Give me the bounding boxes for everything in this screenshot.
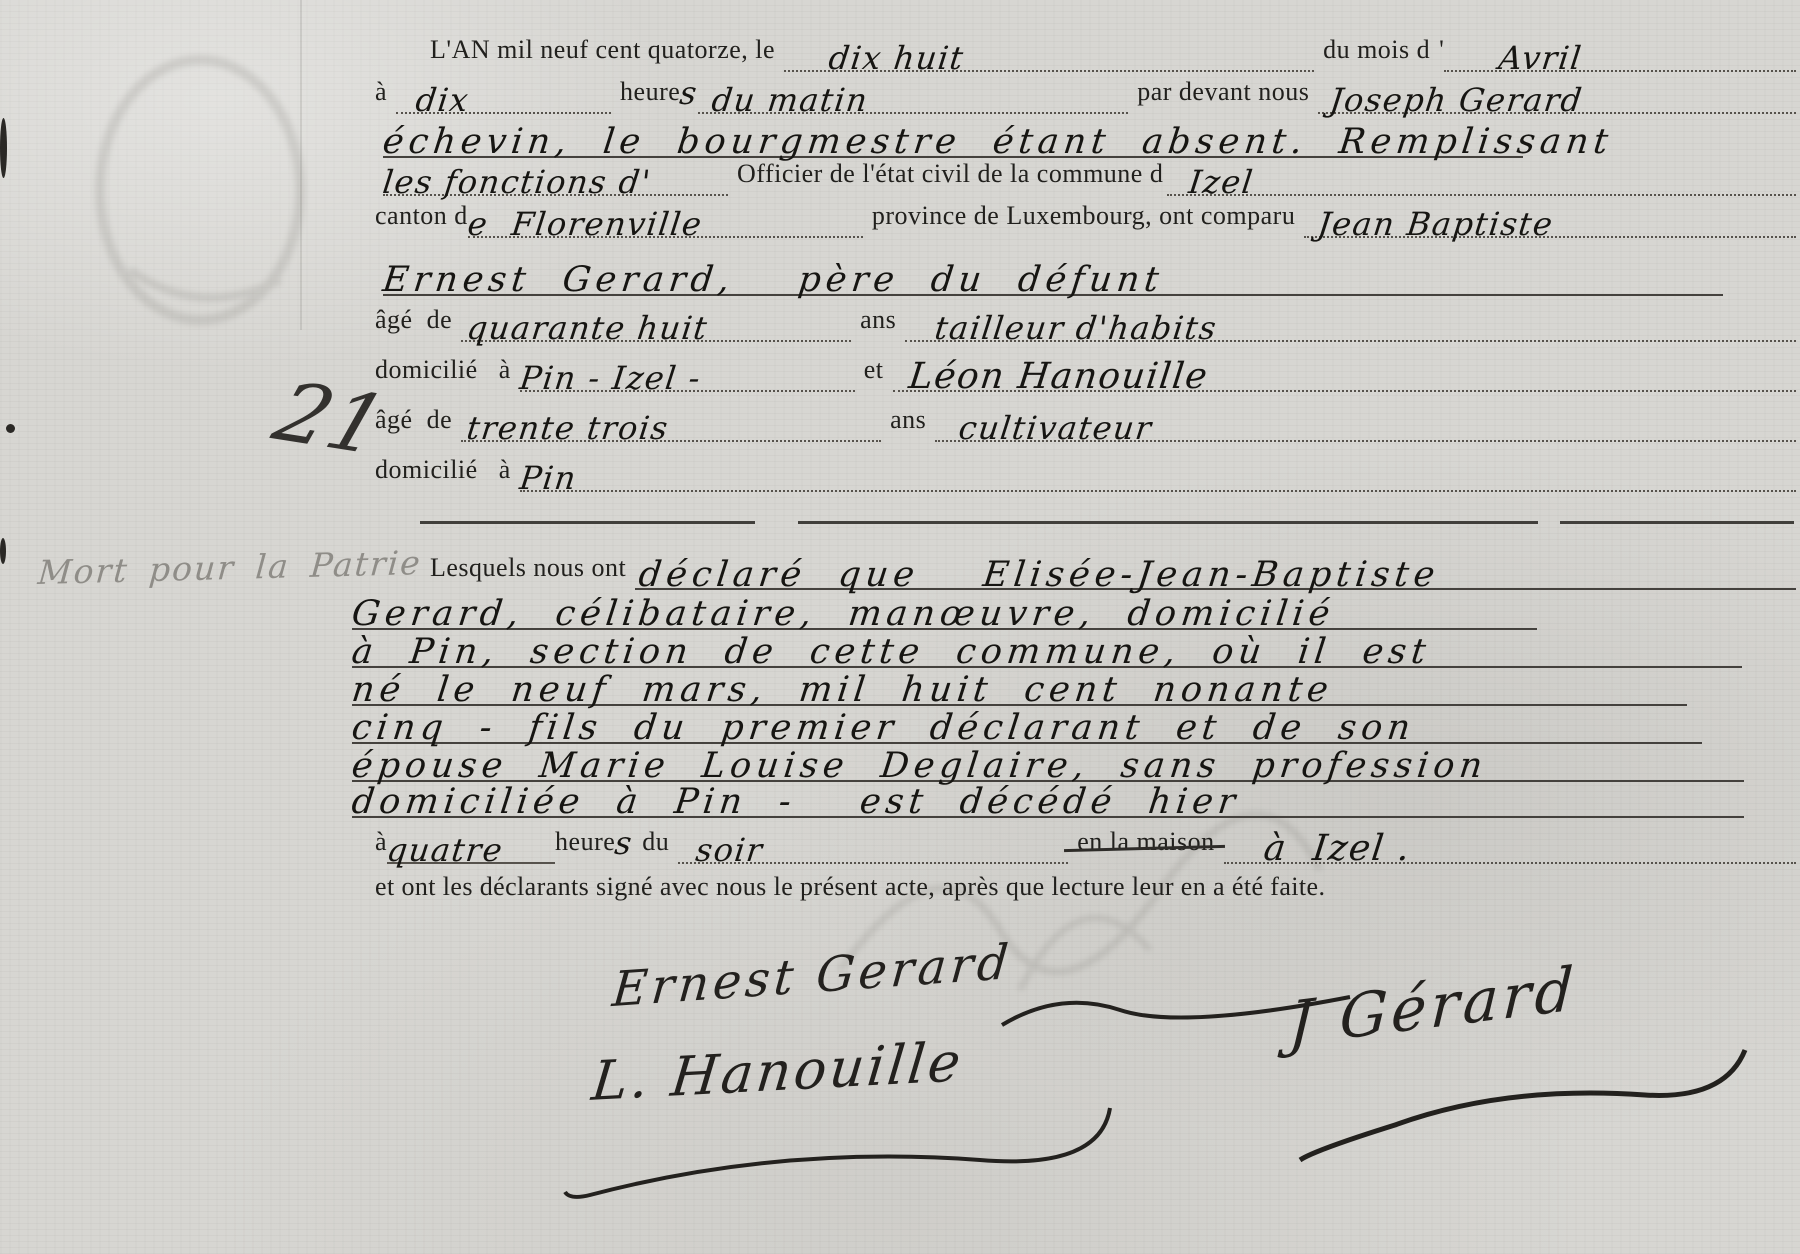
form-line-civil-officer: les fonctions d' Officier de l'état civi… bbox=[375, 152, 1796, 196]
edge-mark bbox=[6, 424, 15, 433]
handwritten-age2: trente trois bbox=[459, 409, 671, 447]
ink-bleed-ghost bbox=[70, 40, 330, 340]
printed-et-label: et bbox=[855, 355, 893, 392]
signature-flourish bbox=[1255, 1040, 1755, 1170]
field-death-place: à Izel . bbox=[1224, 818, 1796, 864]
handwritten-profession1: tailleur d'habits bbox=[903, 309, 1220, 347]
field-functions: les fonctions d' bbox=[383, 150, 728, 196]
handwritten-death-place: à Izel . bbox=[1221, 828, 1413, 869]
printed-ans-label: ans bbox=[881, 405, 935, 442]
printed-domicile-label: domicilié à bbox=[375, 455, 520, 492]
form-line-declaration-7: domiciliée à Pin - est décédé hier bbox=[352, 780, 1744, 818]
printed-declaration-lead: Lesquels nous ont bbox=[430, 553, 635, 590]
printed-ans-label: ans bbox=[851, 305, 905, 342]
handwritten-profession2: cultivateur bbox=[933, 409, 1155, 447]
handwritten-declarant1-name: Ernest Gerard, père du défunt bbox=[381, 260, 1166, 300]
field-hour: dix bbox=[396, 68, 611, 114]
field-month: Avril bbox=[1444, 26, 1796, 72]
handwritten-death-hour: quatre bbox=[385, 831, 506, 869]
signature-flourish bbox=[560, 1100, 1120, 1210]
printed-domicile-label: domicilié à bbox=[375, 355, 520, 392]
handwritten-declaration-7: domiciliée à Pin - est décédé hier bbox=[350, 782, 1243, 822]
handwritten-plural-s: s bbox=[613, 824, 636, 862]
form-line-declaration-4: né le neuf mars, mil huit cent nonante bbox=[352, 666, 1687, 706]
form-line-death-time: à quatre heure s du soir en la maison à … bbox=[375, 820, 1796, 864]
printed-month-label: du mois d bbox=[1314, 35, 1439, 72]
field-domicile1: Pin - Izel - bbox=[520, 346, 855, 392]
form-line-declarant1-name: Ernest Gerard, père du défunt bbox=[383, 248, 1723, 296]
field-domicile2: Pin bbox=[520, 446, 1796, 492]
form-line-declarant2-age: âgé de trente trois ans cultivateur bbox=[375, 398, 1796, 442]
field-officer-name: Joseph Gerard bbox=[1318, 68, 1796, 114]
form-line-declaration-3: à Pin, section de cette commune, où il e… bbox=[352, 628, 1742, 668]
printed-at: à bbox=[375, 77, 396, 114]
field-declarant1-firstname: Jean Baptiste bbox=[1304, 192, 1796, 238]
form-line-declaration-lead: Lesquels nous ont déclaré que Elisée-Jea… bbox=[375, 542, 1796, 590]
death-certificate-page: 21 Mort pour la Patrie L'AN mil neuf cen… bbox=[0, 0, 1800, 1254]
field-period: du matin bbox=[698, 68, 1128, 114]
form-line-declarant2-domicile: domicilié à Pin bbox=[375, 448, 1796, 492]
printed-before-us: par devant nous bbox=[1128, 77, 1318, 114]
printed-age-label: âgé de bbox=[375, 305, 461, 342]
form-line-declaration-6: épouse Marie Louise Deglaire, sans profe… bbox=[352, 742, 1744, 782]
field-death-hour: quatre bbox=[387, 818, 555, 864]
field-commune: Izel bbox=[1167, 150, 1796, 196]
section-divider bbox=[420, 521, 1794, 524]
edge-mark bbox=[0, 538, 6, 564]
fold-line bbox=[300, 0, 302, 330]
field-age2: trente trois bbox=[461, 396, 881, 442]
edge-mark bbox=[0, 118, 7, 178]
form-line-hour: à dix heure s du matin par devant nous J… bbox=[375, 70, 1796, 114]
printed-age-label: âgé de bbox=[375, 405, 461, 442]
handwritten-domicile2: Pin bbox=[517, 459, 579, 497]
printed-heure: heure bbox=[555, 827, 615, 864]
field-declarant2-name: Léon Hanouille bbox=[893, 346, 1796, 392]
field-day: dix huit bbox=[784, 26, 1314, 72]
printed-canton-label: canton d bbox=[375, 201, 468, 238]
handwritten-death-period: soir bbox=[676, 831, 766, 869]
printed-year-label: L'AN mil neuf cent quatorze, le bbox=[430, 35, 784, 72]
field-death-period: soir bbox=[678, 818, 1068, 864]
memorial-note: Mort pour la Patrie bbox=[37, 543, 424, 592]
printed-province: province de Luxembourg, ont comparu bbox=[863, 201, 1305, 238]
handwritten-domicile1: Pin - Izel - bbox=[517, 359, 703, 397]
printed-en-la-maison-struck: en la maison bbox=[1068, 827, 1223, 864]
field-declaration-1: déclaré que Elisée-Jean-Baptiste bbox=[635, 540, 1796, 590]
form-line-declarant1-domicile: domicilié à Pin - Izel - et Léon Hanouil… bbox=[375, 348, 1796, 392]
field-canton: e Florenville bbox=[468, 192, 863, 238]
field-age1: quarante huit bbox=[461, 296, 851, 342]
handwritten-declarant1-firstname: Jean Baptiste bbox=[1302, 205, 1556, 243]
form-line-canton: canton d e Florenville province de Luxem… bbox=[375, 194, 1796, 238]
field-profession1: tailleur d'habits bbox=[905, 296, 1796, 342]
printed-closing-sentence: et ont les déclarants signé avec nous le… bbox=[375, 872, 1325, 902]
printed-heure: heure bbox=[611, 77, 680, 114]
form-line-declaration-5: cinq - fils du premier déclarant et de s… bbox=[352, 704, 1702, 744]
handwritten-age1: quarante huit bbox=[459, 309, 711, 347]
handwritten-declarant2-name: Léon Hanouille bbox=[890, 356, 1210, 397]
printed-du: du bbox=[633, 827, 678, 864]
form-line-date: L'AN mil neuf cent quatorze, le dix huit… bbox=[375, 28, 1796, 72]
field-profession2: cultivateur bbox=[935, 396, 1796, 442]
handwritten-canton: e Florenville bbox=[465, 205, 704, 243]
form-line-declaration-2: Gerard, célibataire, manœuvre, domicilié bbox=[352, 588, 1537, 630]
form-line-declarant1-age: âgé de quarante huit ans tailleur d'habi… bbox=[375, 298, 1796, 342]
printed-civil-officer: Officier de l'état civil de la commune d bbox=[728, 159, 1167, 196]
